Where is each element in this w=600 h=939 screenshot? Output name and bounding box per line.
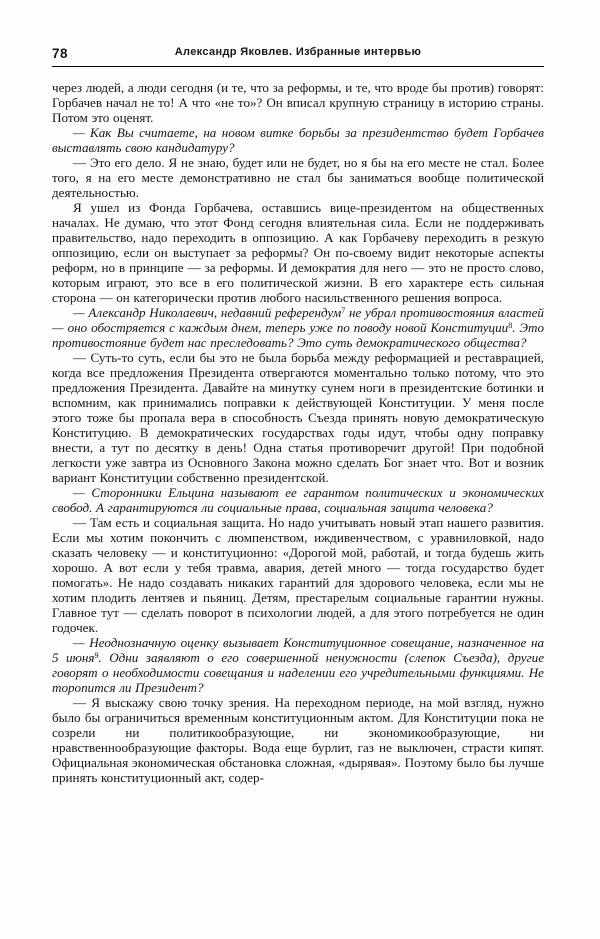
body-text: через людей, а люди сегодня (и те, что з… — [52, 80, 544, 785]
header-rule — [52, 66, 544, 67]
footnote-ref: 9 — [94, 651, 98, 660]
answer-paragraph: — Там есть и социальная защита. Но надо … — [52, 515, 544, 635]
answer-paragraph: — Суть-то суть, если бы это не была борь… — [52, 350, 544, 485]
question-paragraph: — Как Вы считаете, на новом витке борьбы… — [52, 125, 544, 155]
footnote-ref: 8 — [508, 321, 512, 330]
answer-paragraph: — Я выскажу свою точку зрения. На перехо… — [52, 695, 544, 785]
book-page: 78 Александр Яковлев. Избранные интервью… — [0, 0, 600, 939]
running-head-title: Александр Яковлев. Избранные интервью — [52, 44, 544, 61]
answer-paragraph: через людей, а люди сегодня (и те, что з… — [52, 80, 544, 125]
question-paragraph: — Сторонники Ельцина называют ее гаранто… — [52, 485, 544, 515]
question-paragraph: — Александр Николаевич, недавний референ… — [52, 305, 544, 350]
answer-paragraph: Я ушел из Фонда Горбачева, оставшись виц… — [52, 200, 544, 305]
answer-paragraph: — Это его дело. Я не знаю, будет или не … — [52, 155, 544, 200]
page-header: 78 Александр Яковлев. Избранные интервью — [52, 44, 544, 61]
footnote-ref: 7 — [341, 306, 345, 315]
question-paragraph: — Неоднозначную оценку вызывает Конститу… — [52, 635, 544, 695]
page-number: 78 — [52, 46, 68, 61]
